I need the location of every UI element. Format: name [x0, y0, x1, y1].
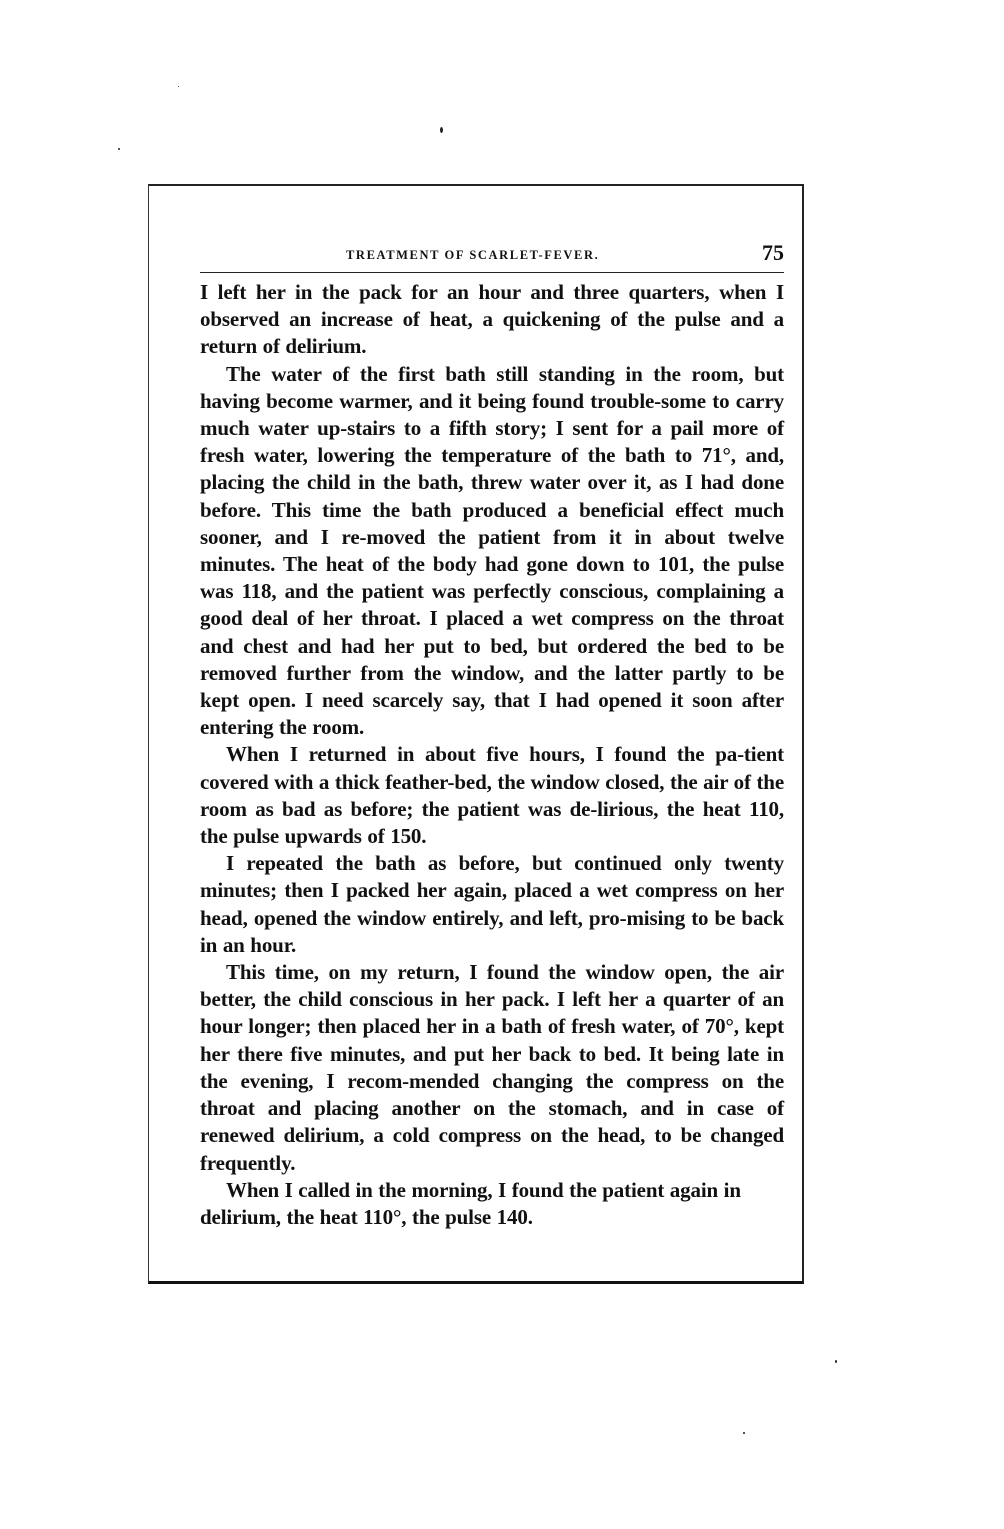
paragraph: I repeated the bath as before, but conti… — [200, 850, 784, 959]
paragraph: When I called in the morning, I found th… — [200, 1177, 784, 1231]
paragraph: The water of the first bath still standi… — [200, 361, 784, 742]
paragraph: When I returned in about five hours, I f… — [200, 741, 784, 850]
scan-speck — [743, 1432, 745, 1434]
scan-speck — [178, 86, 179, 87]
scan-speck — [440, 127, 443, 133]
scan-speck — [118, 148, 120, 150]
book-page: TREATMENT OF SCARLET-FEVER. 75 I left he… — [200, 240, 784, 1231]
paragraph: I left her in the pack for an hour and t… — [200, 279, 784, 361]
page-number: 75 — [762, 240, 784, 266]
header-rule — [200, 272, 784, 273]
paragraph: This time, on my return, I found the win… — [200, 959, 784, 1177]
running-title: TREATMENT OF SCARLET-FEVER. — [346, 248, 599, 263]
running-head: TREATMENT OF SCARLET-FEVER. 75 — [200, 240, 784, 270]
scan-speck — [835, 1360, 837, 1363]
